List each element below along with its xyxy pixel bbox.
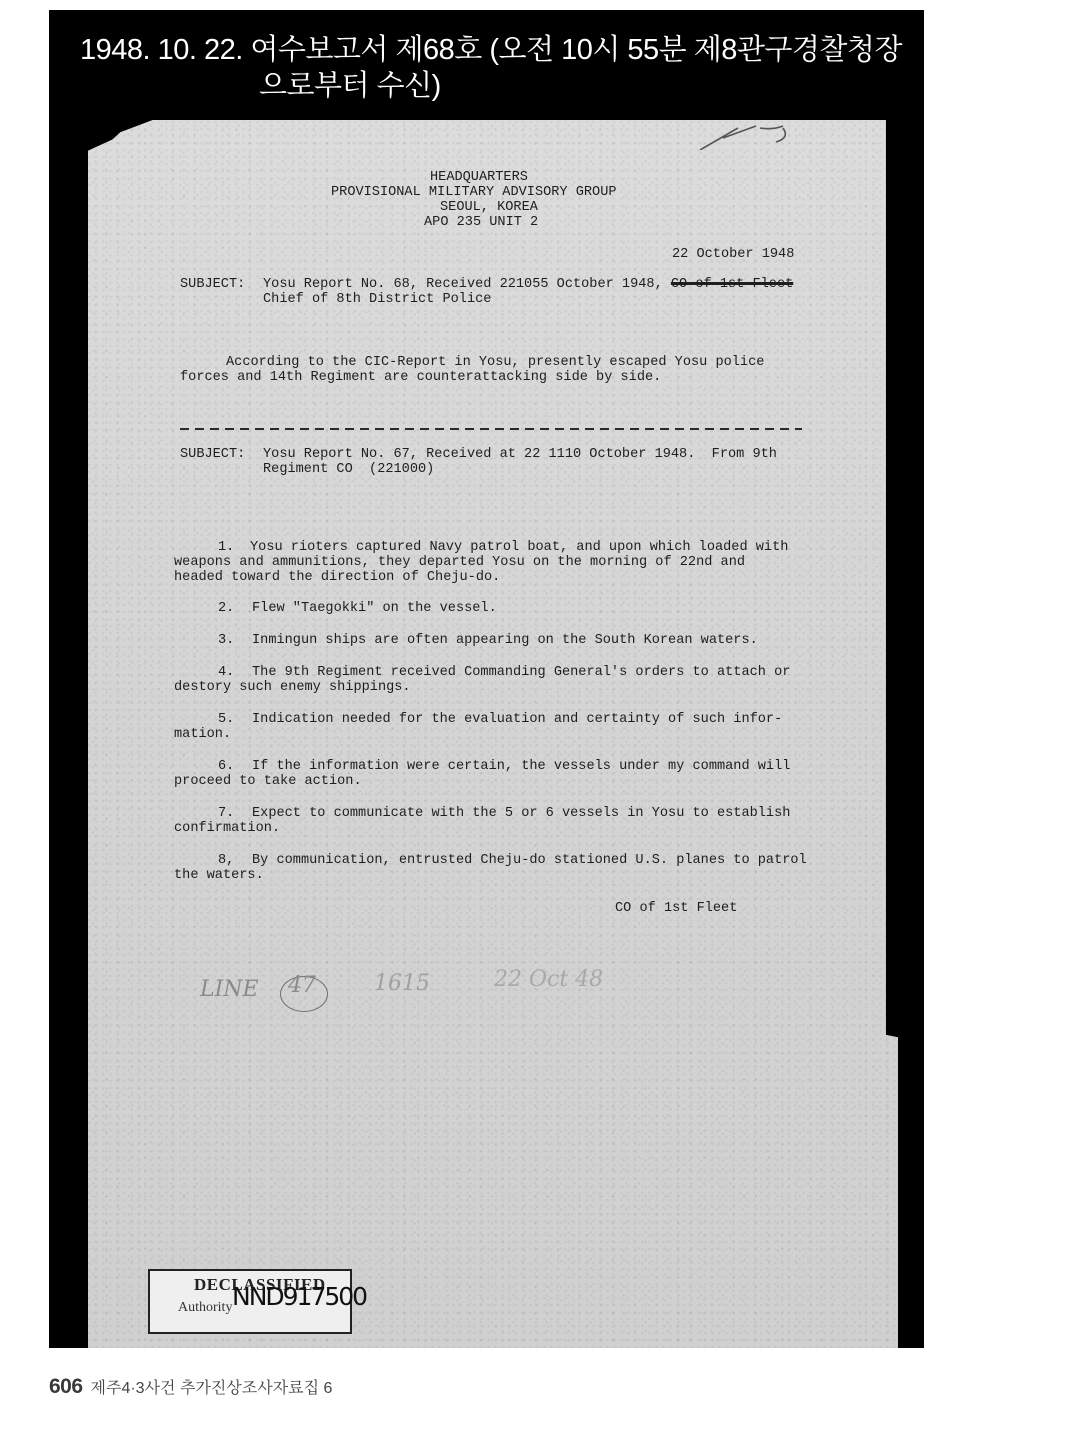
report-68-body-line-2: forces and 14th Regiment are counteratta… (180, 370, 661, 385)
stamp-authority-number: NND917500 (232, 1289, 366, 1304)
subject-label-68: SUBJECT: (180, 277, 245, 292)
item-3-line-1: Inmingun ships are often appearing on th… (252, 633, 758, 648)
report-68-body-line-1: According to the CIC-Report in Yosu, pre… (226, 355, 764, 370)
document-date: 22 October 1948 (672, 247, 794, 262)
handwritten-date: 22 Oct 48 (494, 972, 603, 987)
item-4-line-2: destory such enemy shippings. (174, 680, 411, 695)
item-6-number: 6. (218, 759, 234, 774)
declassified-stamp: DECLASSIFIED Authority NND917500 (148, 1269, 352, 1334)
item-6-line-2: proceed to take action. (174, 774, 362, 789)
item-8-line-2: the waters. (174, 868, 264, 883)
item-1-line-2: weapons and ammunitions, they departed Y… (174, 555, 745, 570)
subject-67-line-1: Yosu Report No. 67, Received at 22 1110 … (263, 447, 777, 462)
subject-68-line-2: Chief of 8th District Police (263, 292, 491, 307)
letterhead-line-3: SEOUL, KOREA (440, 200, 538, 215)
item-2-line-1: Flew "Taegokki" on the vessel. (252, 601, 497, 616)
subject-label-67: SUBJECT: (180, 447, 245, 462)
item-4-number: 4. (218, 665, 234, 680)
item-5-line-1: Indication needed for the evaluation and… (252, 712, 782, 727)
item-6-line-1: If the information were certain, the ves… (252, 759, 790, 774)
handwritten-note-line: LINE (200, 982, 259, 997)
signature-block: CO of 1st Fleet (615, 901, 737, 916)
letterhead-line-2: PROVISIONAL MILITARY ADVISORY GROUP (331, 185, 617, 200)
handwritten-time: 1615 (374, 976, 430, 991)
caption-line-2: 으로부터 수신) (259, 68, 441, 104)
section-divider (180, 428, 802, 430)
subject-68-line-1: Yosu Report No. 68, Received 221055 Octo… (263, 277, 793, 292)
item-1-line-1: Yosu rioters captured Navy patrol boat, … (250, 540, 788, 555)
letterhead-line-1: HEADQUARTERS (430, 170, 528, 185)
item-1-line-3: headed toward the direction of Cheju-do. (174, 570, 500, 585)
item-1-number: 1. (218, 540, 234, 555)
item-7-line-2: confirmation. (174, 821, 280, 836)
caption-line-1: 1948. 10. 22. 여수보고서 제68호 (오전 10시 55분 제8관… (80, 32, 902, 68)
stamp-authority-label: Authority (178, 1300, 232, 1315)
item-3-number: 3. (218, 633, 234, 648)
scanned-document-page: HEADQUARTERS PROVISIONAL MILITARY ADVISO… (88, 120, 898, 1348)
item-8-number: 8, (218, 853, 234, 868)
page-footer: 606제주4·3사건 추가진상조사자료집 6 (49, 1375, 332, 1399)
page-number: 606 (49, 1375, 83, 1398)
item-4-line-1: The 9th Regiment received Commanding Gen… (252, 665, 790, 680)
letterhead-line-4: APO 235 UNIT 2 (424, 215, 538, 230)
item-2-number: 2. (218, 601, 234, 616)
pen-mark-icon (688, 120, 808, 150)
item-8-line-1: By communication, entrusted Cheju-do sta… (252, 853, 807, 868)
item-5-line-2: mation. (174, 727, 231, 742)
item-7-line-1: Expect to communicate with the 5 or 6 ve… (252, 806, 790, 821)
subject-67-line-2: Regiment CO (221000) (263, 462, 434, 477)
item-7-number: 7. (218, 806, 234, 821)
item-5-number: 5. (218, 712, 234, 727)
book-title: 제주4·3사건 추가진상조사자료집 6 (91, 1380, 333, 1397)
handwritten-circled-number: 47 (288, 978, 316, 993)
struck-out-text: CO of 1st Fleet (671, 277, 793, 292)
